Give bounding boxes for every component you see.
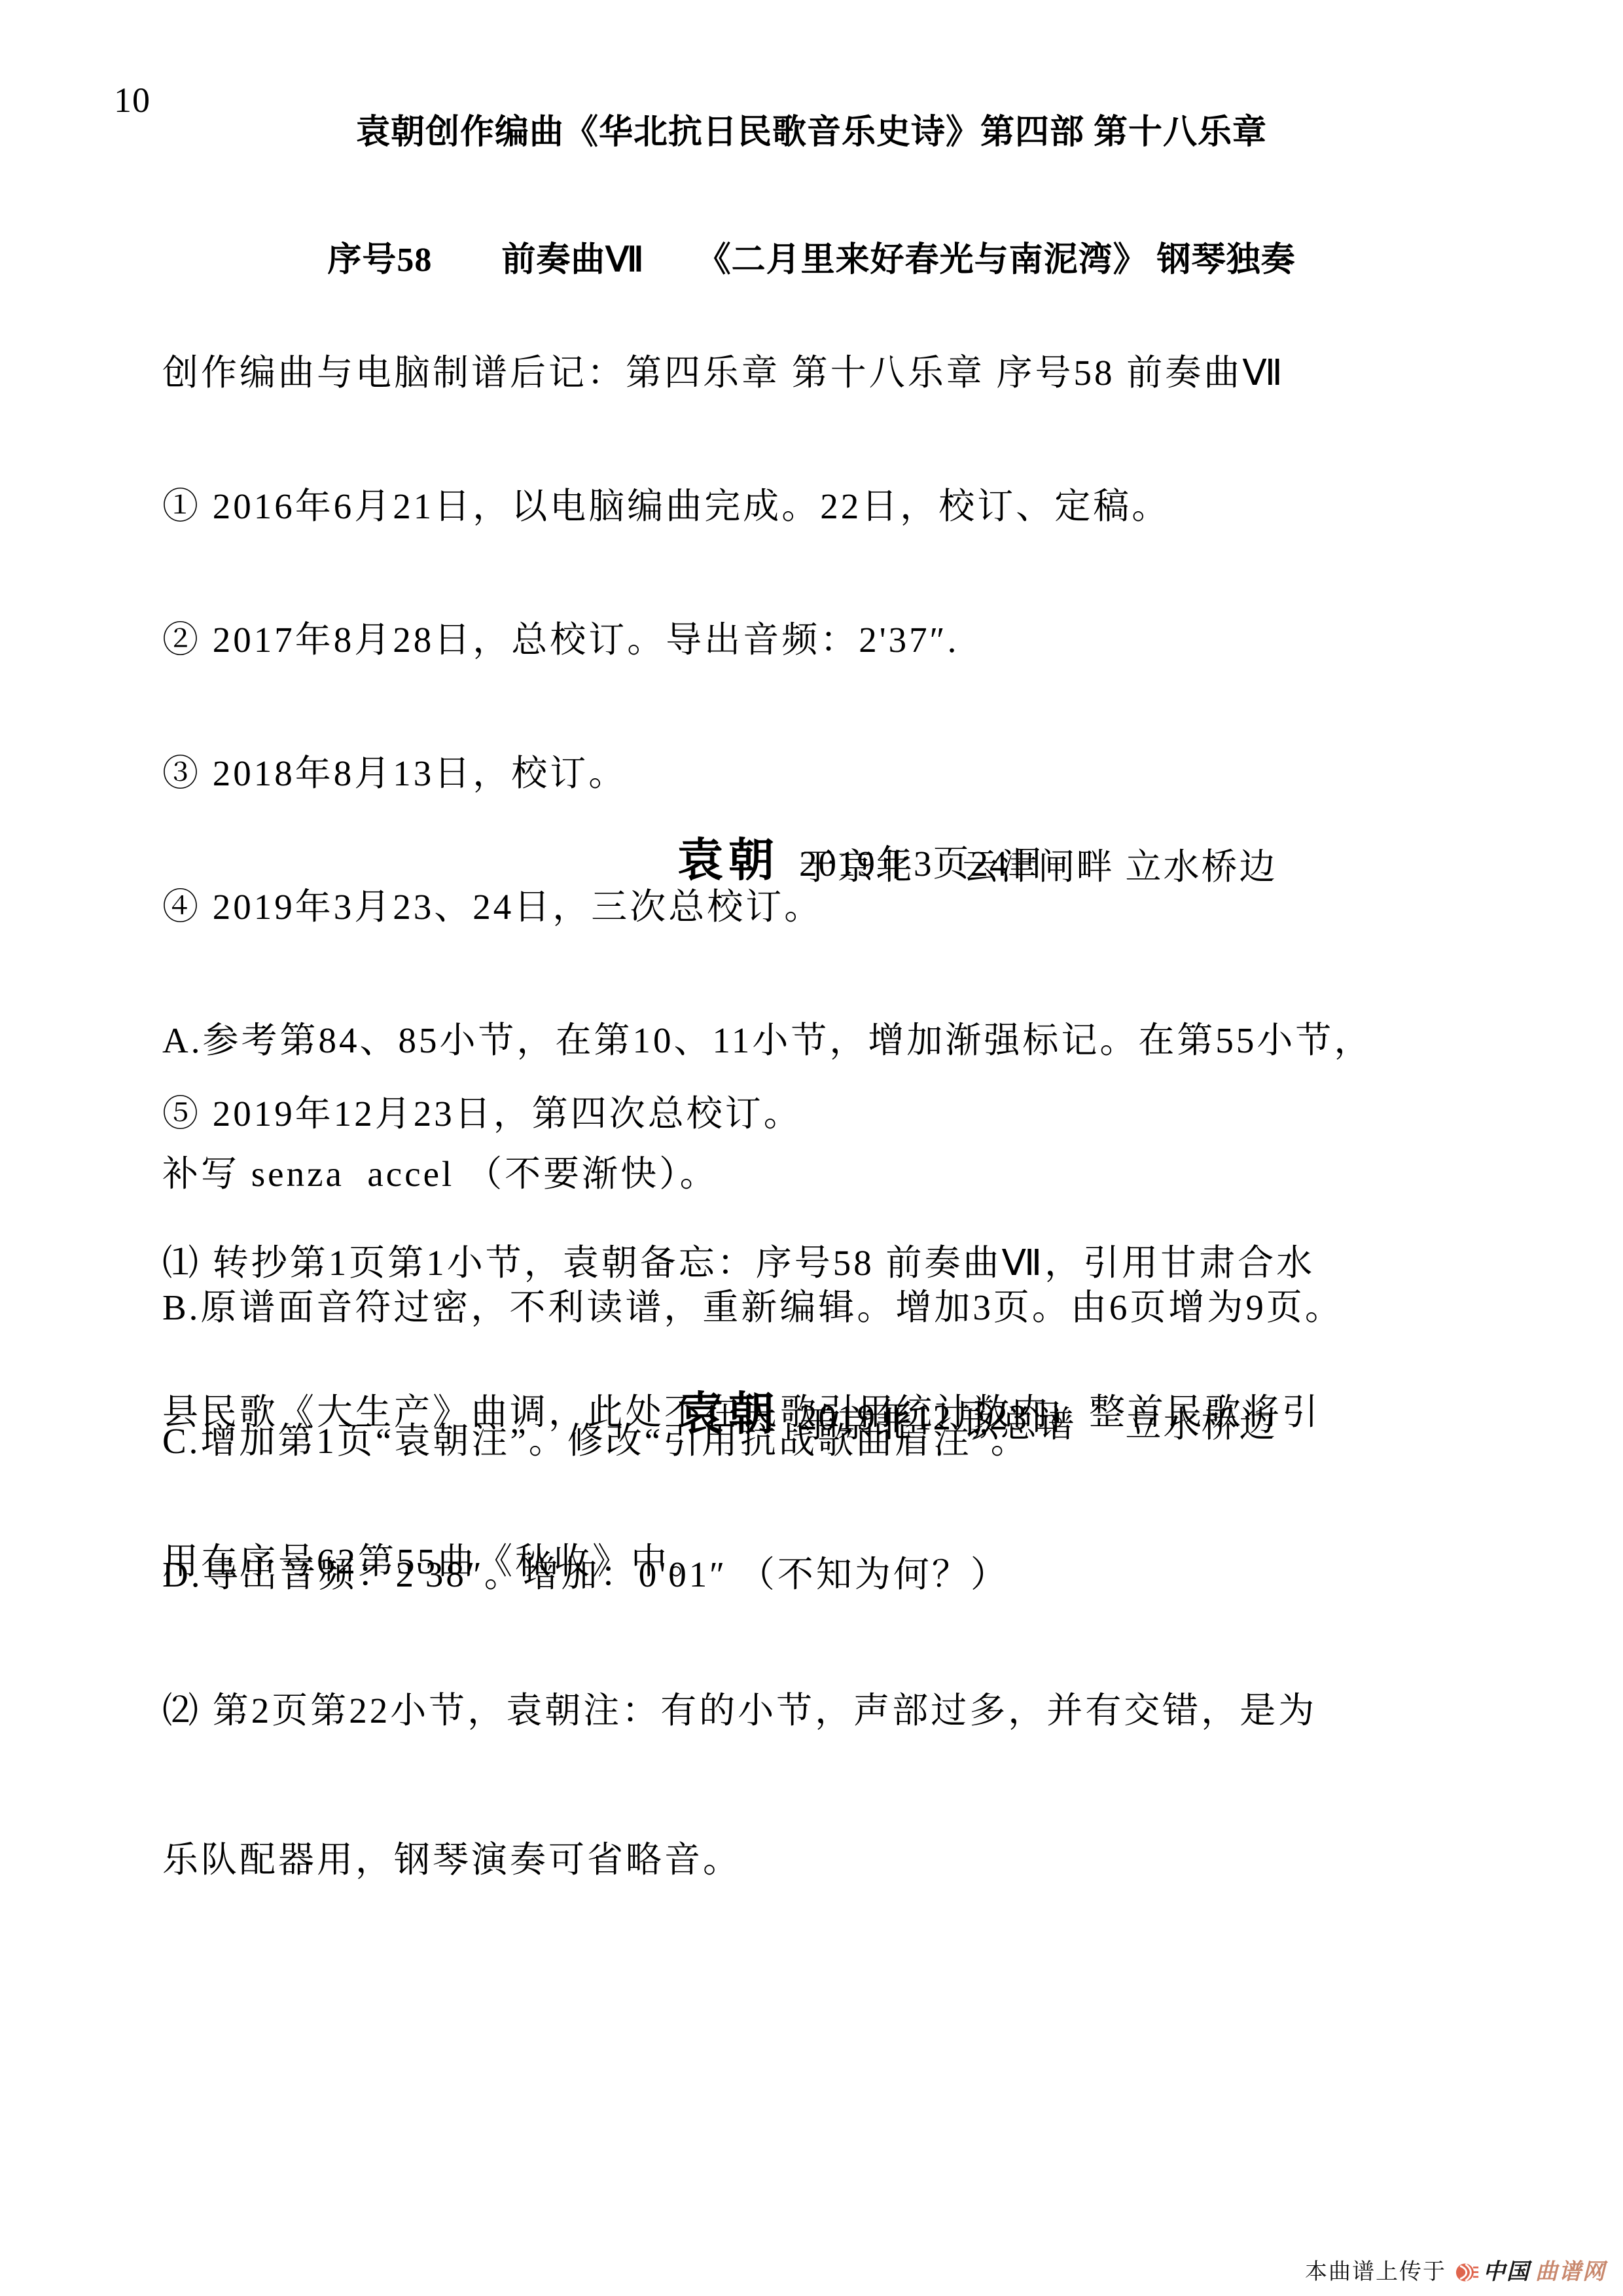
postscript-line-1: ① 2016年6月21日，以电脑编曲完成。22日，校订、定稿。: [162, 484, 1458, 529]
document-page: 10 袁朝创作编曲《华北抗日民歌音乐史诗》第四部 第十八乐章 序号58 前奏曲Ⅶ…: [0, 0, 1623, 2296]
signature-1-place: 于京北 云津闸畔 立水桥边: [800, 847, 1277, 888]
watermark-brand-site: 曲谱网: [1535, 2259, 1606, 2286]
watermark-brand-country: 中国: [1483, 2259, 1530, 2286]
watermark: 本曲谱上传于 中国 曲谱网: [1305, 2259, 1606, 2286]
signature-2-place: 于京北 以总谱 立水桥边: [800, 1405, 1277, 1445]
section5-line-4: ⑵ 第2页第22小节，袁朝注：有的小节，声部过多，并有交错，是为: [162, 1686, 1458, 1736]
postscript-line-2: ② 2017年8月28日，总校订。导出音频：2'37″.: [162, 618, 1458, 662]
header-line-1: 袁朝创作编曲《华北抗日民歌音乐史诗》第四部 第十八乐章: [0, 111, 1623, 154]
signature-1-name: 袁朝: [677, 836, 779, 886]
postscript-title-line: 创作编曲与电脑制谱后记：第四乐章 第十八乐章 序号58 前奏曲Ⅶ: [162, 351, 1458, 395]
watermark-text: 本曲谱上传于: [1305, 2259, 1446, 2286]
music-note-logo-icon: [1455, 2261, 1479, 2284]
section5-line-1: ⑴ 转抄第1页第1小节，袁朝备忘：序号58 前奏曲Ⅶ，引用甘肃合水: [162, 1238, 1458, 1288]
signature-2-name: 袁朝: [677, 1390, 779, 1440]
section5-line-3: 用在序号62第55曲《秋收》中。: [162, 1537, 1458, 1587]
section5-line-0: ⑤ 2019年12月23日，第四次总校订。: [162, 1089, 1458, 1139]
section5-line-5: 乐队配器用，钢琴演奏可省略音。: [162, 1835, 1458, 1885]
